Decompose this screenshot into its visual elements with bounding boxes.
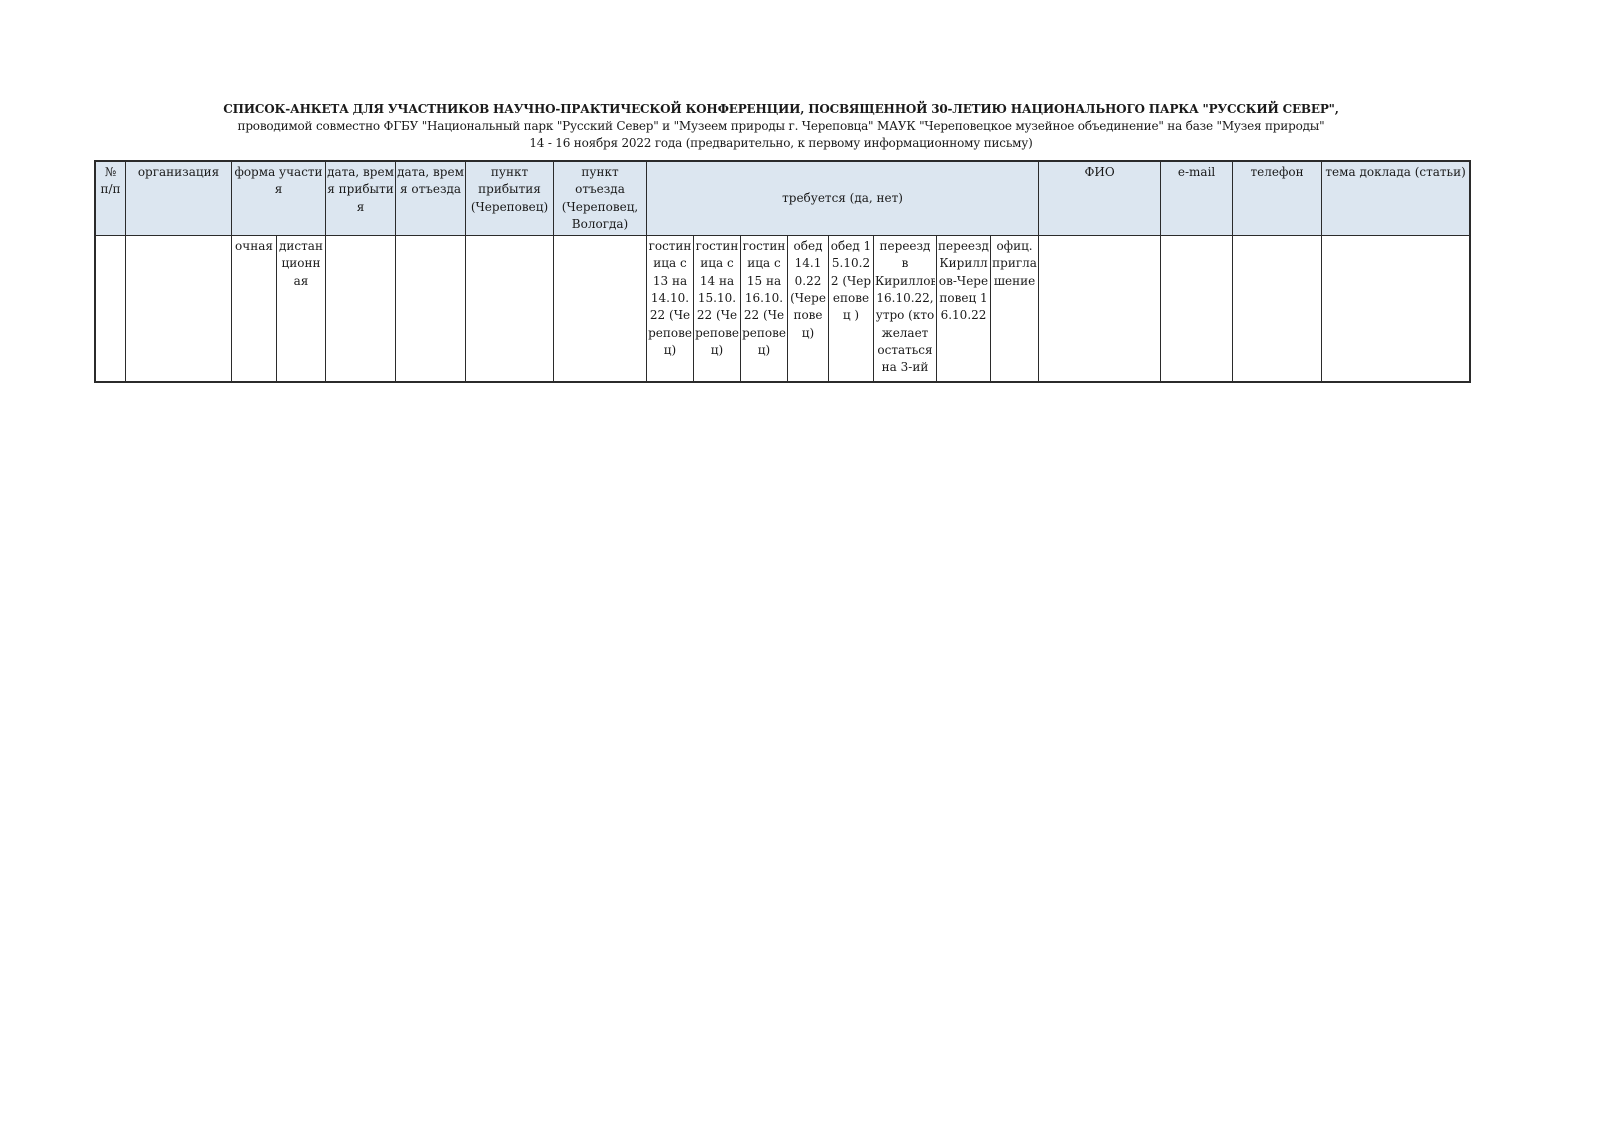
header-departure-point: пункт отъезда (Череповец, Вологда) [554, 162, 647, 236]
table-header-row: № п/п организация форма участия дата, вр… [96, 162, 1470, 236]
subheader-lunch-14: обед 14.10.22 (Череповец) [788, 236, 829, 382]
document-header: СПИСОК-АНКЕТА ДЛЯ УЧАСТНИКОВ НАУЧНО-ПРАК… [0, 100, 1562, 152]
cell-arrival-datetime[interactable] [326, 236, 396, 382]
cell-departure-point[interactable] [554, 236, 647, 382]
document-dates: 14 - 16 ноября 2022 года (предварительно… [0, 135, 1562, 152]
header-num: № п/п [96, 162, 126, 236]
header-fio: ФИО [1039, 162, 1161, 236]
header-participation-form: форма участия [232, 162, 326, 236]
header-organization: организация [126, 162, 232, 236]
cell-departure-datetime[interactable] [396, 236, 466, 382]
header-required: требуется (да, нет) [647, 162, 1039, 236]
cell-email[interactable] [1161, 236, 1233, 382]
registration-form-table: № п/п организация форма участия дата, вр… [95, 161, 1470, 382]
subheader-lunch-15: обед 15.10.22 (Череповец ) [829, 236, 874, 382]
subheader-transfer-to-kirillov: переезд в Кириллов 16.10.22, утро (кто ж… [874, 236, 937, 382]
header-arrival-datetime: дата, время прибытия [326, 162, 396, 236]
cell-fio[interactable] [1039, 236, 1161, 382]
header-report-topic: тема доклада (статьи) [1322, 162, 1470, 236]
cell-arrival-point[interactable] [466, 236, 554, 382]
cell-report-topic[interactable] [1322, 236, 1470, 382]
subheader-hotel-15-16: гостиница с 15 на 16.10.22 (Череповец) [741, 236, 788, 382]
subheader-hotel-14-15: гостиница с 14 на 15.10.22 (Череповец) [694, 236, 741, 382]
subheader-in-person: очная [232, 236, 277, 382]
table-subheader-row: очная дистанционная гостиница с 13 на 14… [96, 236, 1470, 382]
transfer-to-kirillov-text: переезд в Кириллов 16.10.22, утро (кто ж… [875, 238, 935, 379]
cell-phone[interactable] [1233, 236, 1322, 382]
header-phone: телефон [1233, 162, 1322, 236]
header-arrival-point: пункт прибытия (Череповец) [466, 162, 554, 236]
subheader-hotel-13-14: гостиница с 13 на 14.10.22 (Череповец) [647, 236, 694, 382]
cell-num[interactable] [96, 236, 126, 382]
subheader-remote: дистанционная [277, 236, 326, 382]
document-title: СПИСОК-АНКЕТА ДЛЯ УЧАСТНИКОВ НАУЧНО-ПРАК… [0, 100, 1562, 118]
subheader-transfer-kirillov-cherepovets: переезд Кириллов-Череповец 16.10.22 [937, 236, 991, 382]
header-departure-datetime: дата, время отъезда [396, 162, 466, 236]
header-email: e-mail [1161, 162, 1233, 236]
document-subtitle: проводимой совместно ФГБУ "Национальный … [0, 118, 1562, 135]
cell-organization[interactable] [126, 236, 232, 382]
subheader-official-invitation: офиц. приглашение [991, 236, 1039, 382]
